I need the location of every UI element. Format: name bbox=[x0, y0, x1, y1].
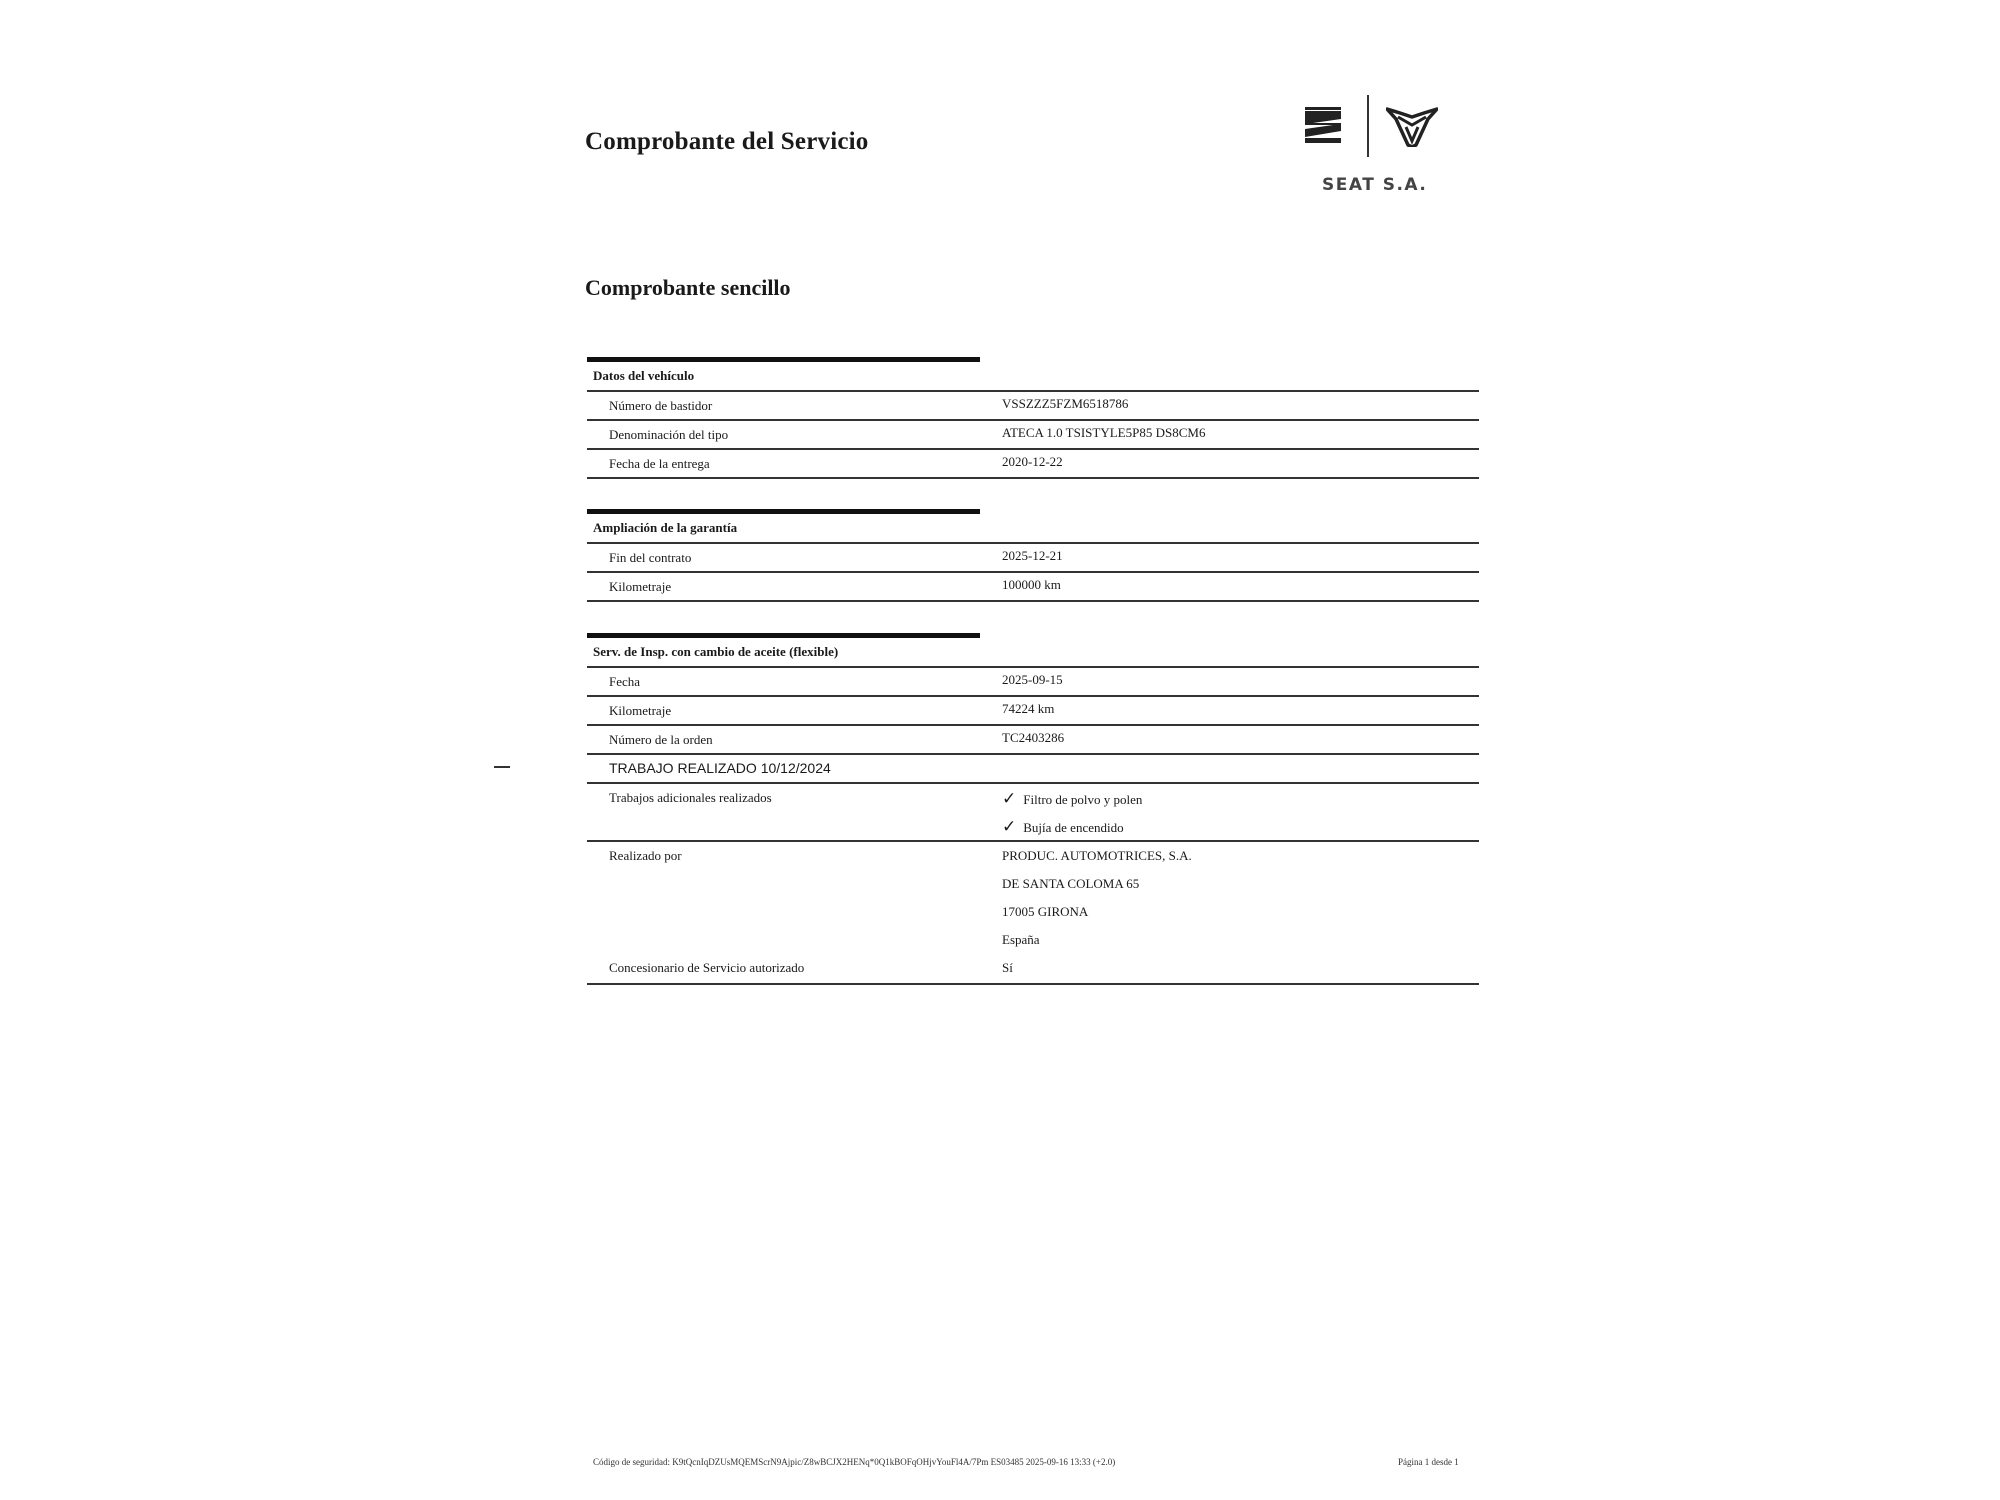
dealer-address: PRODUC. AUTOMOTRICES, S.A. DE SANTA COLO… bbox=[1002, 846, 1192, 986]
row-value: ATECA 1.0 TSISTYLE5P85 DS8CM6 bbox=[1002, 425, 1205, 441]
section-service-inspection: Serv. de Insp. con cambio de aceite (fle… bbox=[587, 633, 1479, 985]
row-label: Número de bastidor bbox=[609, 398, 712, 414]
table-row: Fin del contrato 2025-12-21 bbox=[587, 544, 1479, 573]
margin-mark bbox=[494, 766, 510, 768]
row-value: VSSZZZ5FZM6518786 bbox=[1002, 396, 1128, 412]
additional-work-row: Trabajos adicionales realizados ✓ Filtro… bbox=[587, 784, 1479, 842]
work-done-note-row: TRABAJO REALIZADO 10/12/2024 bbox=[587, 755, 1479, 784]
service-receipt-page: Comprobante del Servicio SEAT S.A. Compr… bbox=[0, 0, 2000, 1500]
brand-logo: SEAT S.A. bbox=[1300, 95, 1450, 205]
security-label: Código de seguridad: bbox=[593, 1457, 670, 1467]
address-line: 17005 GIRONA bbox=[1002, 902, 1192, 930]
table-row: Número de la orden TC2403286 bbox=[587, 726, 1479, 755]
checkmark-icon: ✓ bbox=[1002, 817, 1020, 837]
seat-logo-icon bbox=[1303, 107, 1343, 145]
address-line: PRODUC. AUTOMOTRICES, S.A. bbox=[1002, 846, 1192, 874]
address-line: España bbox=[1002, 930, 1192, 958]
row-label: Trabajos adicionales realizados bbox=[609, 790, 772, 806]
address-line: DE SANTA COLOMA 65 bbox=[1002, 874, 1192, 902]
row-label: Realizado por bbox=[609, 848, 682, 864]
cupra-logo-icon bbox=[1386, 105, 1438, 147]
page-number: Página 1 desde 1 bbox=[1398, 1457, 1459, 1467]
document-title: Comprobante del Servicio bbox=[585, 128, 869, 156]
list-item: ✓ Bujía de encendido bbox=[1002, 817, 1142, 845]
table-row: Kilometraje 74224 km bbox=[587, 697, 1479, 726]
list-item: ✓ Filtro de polvo y polen bbox=[1002, 789, 1142, 817]
additional-work-list: ✓ Filtro de polvo y polen ✓ Bujía de enc… bbox=[1002, 789, 1142, 845]
dealer-code: ES03485 bbox=[991, 1457, 1024, 1467]
row-label: Fin del contrato bbox=[609, 550, 691, 566]
row-label: Denominación del tipo bbox=[609, 427, 728, 443]
row-label: Fecha bbox=[609, 674, 640, 690]
authorized-dealer-label: Concesionario de Servicio autorizado bbox=[609, 960, 804, 976]
document-subtitle: Comprobante sencillo bbox=[585, 275, 791, 301]
table-row: Fecha 2025-09-15 bbox=[587, 668, 1479, 697]
table-row: Número de bastidor VSSZZZ5FZM6518786 bbox=[587, 392, 1479, 421]
row-label: Número de la orden bbox=[609, 732, 713, 748]
security-footer: Código de seguridad: K9tQcnIqDZUsMQEMScr… bbox=[593, 1457, 1115, 1467]
row-value: 100000 km bbox=[1002, 577, 1061, 593]
table-row: Denominación del tipo ATECA 1.0 TSISTYLE… bbox=[587, 421, 1479, 450]
row-value: 74224 km bbox=[1002, 701, 1054, 717]
work-done-note: TRABAJO REALIZADO 10/12/2024 bbox=[609, 760, 831, 776]
row-label: Kilometraje bbox=[609, 579, 671, 595]
row-value: TC2403286 bbox=[1002, 730, 1064, 746]
row-value: 2020-12-22 bbox=[1002, 454, 1063, 470]
additional-work-item: Bujía de encendido bbox=[1023, 820, 1123, 835]
section-heading: Serv. de Insp. con cambio de aceite (fle… bbox=[587, 638, 1479, 668]
row-value: 2025-12-21 bbox=[1002, 548, 1063, 564]
table-row: Fecha de la entrega 2020-12-22 bbox=[587, 450, 1479, 479]
print-timestamp: 2025-09-16 13:33 (+2.0) bbox=[1026, 1457, 1115, 1467]
row-label: Fecha de la entrega bbox=[609, 456, 710, 472]
section-heading: Ampliación de la garantía bbox=[587, 514, 1479, 544]
security-code: K9tQcnIqDZUsMQEMScrN9Ajpic/Z8wBCJX2HENq*… bbox=[672, 1457, 988, 1467]
section-vehicle-data: Datos del vehículo Número de bastidor VS… bbox=[587, 357, 1479, 479]
section-heading: Datos del vehículo bbox=[587, 362, 1479, 392]
logo-divider bbox=[1367, 95, 1369, 157]
additional-work-item: Filtro de polvo y polen bbox=[1023, 792, 1142, 807]
row-label: Kilometraje bbox=[609, 703, 671, 719]
company-name: SEAT S.A. bbox=[1322, 175, 1427, 195]
performed-by-row: Realizado por PRODUC. AUTOMOTRICES, S.A.… bbox=[587, 842, 1479, 985]
checkmark-icon: ✓ bbox=[1002, 789, 1020, 809]
authorized-dealer-value: Sí bbox=[1002, 958, 1192, 986]
row-value: 2025-09-15 bbox=[1002, 672, 1063, 688]
section-warranty-extension: Ampliación de la garantía Fin del contra… bbox=[587, 509, 1479, 602]
table-row: Kilometraje 100000 km bbox=[587, 573, 1479, 602]
